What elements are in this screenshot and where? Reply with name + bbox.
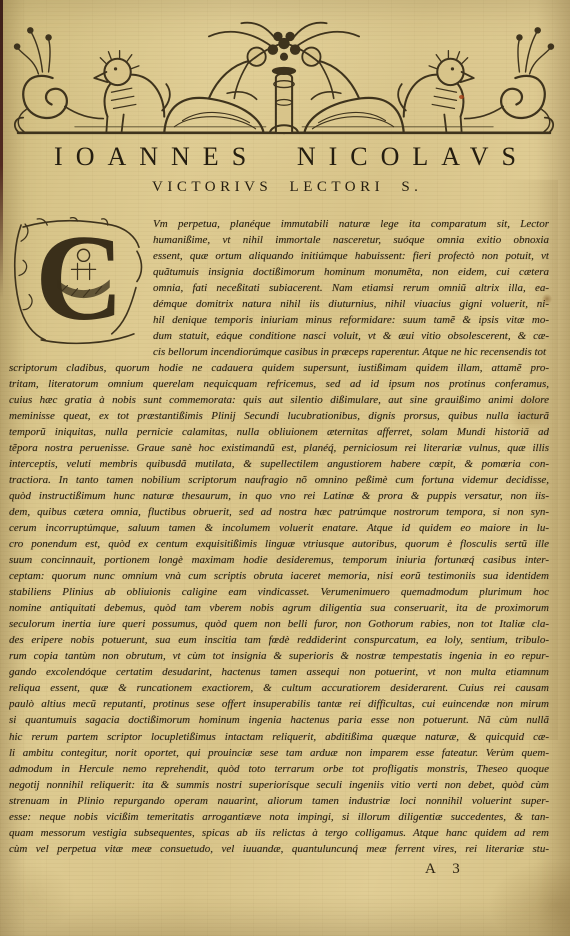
- text-line: seculorum inertia iure queri possumus, q…: [9, 616, 549, 632]
- text-line: cis bellorum incendiorúmque casibus in p…: [153, 344, 549, 360]
- text-line: tẽpora nostra peruenisse. Graue sanè hoc…: [9, 440, 549, 456]
- text-line: temporũ iniquitas, nulla pernicie calami…: [9, 424, 549, 440]
- page-title: IOANNES NICOLAVS: [0, 142, 570, 172]
- text-line: tractiora. In tanto tamen nobilium scrip…: [9, 472, 549, 488]
- ornament-central-vase: [209, 23, 359, 133]
- text-line: negotij nonnihil reliquerit: ita & summi…: [9, 777, 549, 793]
- text-line: dum statuit, eáque conditione nasci volu…: [153, 328, 549, 344]
- text-line: ceptam: quorum nunc omnium vnà cum scrip…: [9, 568, 549, 584]
- text-line: tritam, literatorum omnium querelam nequ…: [9, 376, 549, 392]
- drop-cap-letter: C: [35, 217, 124, 346]
- page-subtitle: VICTORIVS LECTORI S.: [0, 179, 570, 196]
- text-line: cro ponendum est, quòd ex centum exquisi…: [9, 536, 549, 552]
- text-line: rum copia tantùm non obrutum, vt cùm tot…: [9, 648, 549, 664]
- text-line: gando excolendóque certatim desudarint, …: [9, 664, 549, 680]
- drop-cap-initial-C: C: [9, 217, 146, 346]
- text-line: Vm perpetua, planéque immutabili naturæ …: [153, 216, 549, 232]
- text-line: esse: neque nobis vicißim temeritatis ar…: [9, 809, 549, 825]
- text-line: meminisse queat, ex tot præstantißimis P…: [9, 408, 549, 424]
- text-line: des eripere nobis potuerunt, sua eum ins…: [9, 632, 549, 648]
- text-line: quam messorum vestigia subsequentes, spi…: [9, 825, 549, 841]
- text-line: reliqua essent, quæ & runcationem exacti…: [9, 680, 549, 696]
- text-line: hil denique temporis iniuriam minus refo…: [153, 312, 549, 328]
- signature-mark: A 3: [425, 861, 467, 878]
- text-line: cùm vel perpetua vitæ meæ consuetudo, ve…: [9, 841, 549, 857]
- text-line: omnia, fati neceßitati subiacerent. Nam …: [153, 280, 549, 296]
- text-line: hic rerum partem scriptor locupletißimus…: [9, 729, 549, 745]
- text-line: quòd instructißimum hunc naturæ thesauru…: [9, 488, 549, 504]
- text-line: paulò altius mecũ reputanti, protinus se…: [9, 696, 549, 712]
- book-page-scan: IOANNES NICOLAVS VICTORIVS LECTORI S. C …: [0, 0, 570, 936]
- text-line: scriptorum cladibus, quorum hodie ne cad…: [9, 360, 549, 376]
- text-line: dem, quibus cætera omnia, fluctibus obru…: [9, 504, 549, 520]
- text-line: interceptis, veluti membris quibusdã mut…: [9, 456, 549, 472]
- text-line: suum concinnauit, portionem longè maxima…: [9, 552, 549, 568]
- body-text-block: C Vm perpetua, planéque immutabili natur…: [9, 216, 549, 857]
- text-line: humanißime, vt nihil immortale nasceretu…: [153, 232, 549, 248]
- text-line: quãtumuis insignia doctißimorum hominum …: [153, 264, 549, 280]
- text-line: strenuam in Plinio repurgando operam nau…: [9, 793, 549, 809]
- text-line: stabiliens Plinius ab obliuionis caligin…: [9, 584, 549, 600]
- text-line: essent, quæ ortum aliquando initiúmque h…: [153, 248, 549, 264]
- rust-speck: [459, 95, 464, 99]
- text-line: démque domitrix natura nihil iis diuturn…: [153, 296, 549, 312]
- text-line: admodum in Hercule nemo reprehendit, quò…: [9, 761, 549, 777]
- text-line: si quantumuis sagacia doctißimorum homin…: [9, 712, 549, 728]
- text-line: cerum incorruptúmque, saluum tamen & inc…: [9, 520, 549, 536]
- text-line: cuius hæc gratia à nobis sunt commemorat…: [9, 392, 549, 408]
- text-line: li ambitu contegitur, norit oportet, qui…: [9, 745, 549, 761]
- text-line: nomine antiquitati debemus, quòd tam vbe…: [9, 600, 549, 616]
- header-ornament-woodcut: [10, 13, 558, 139]
